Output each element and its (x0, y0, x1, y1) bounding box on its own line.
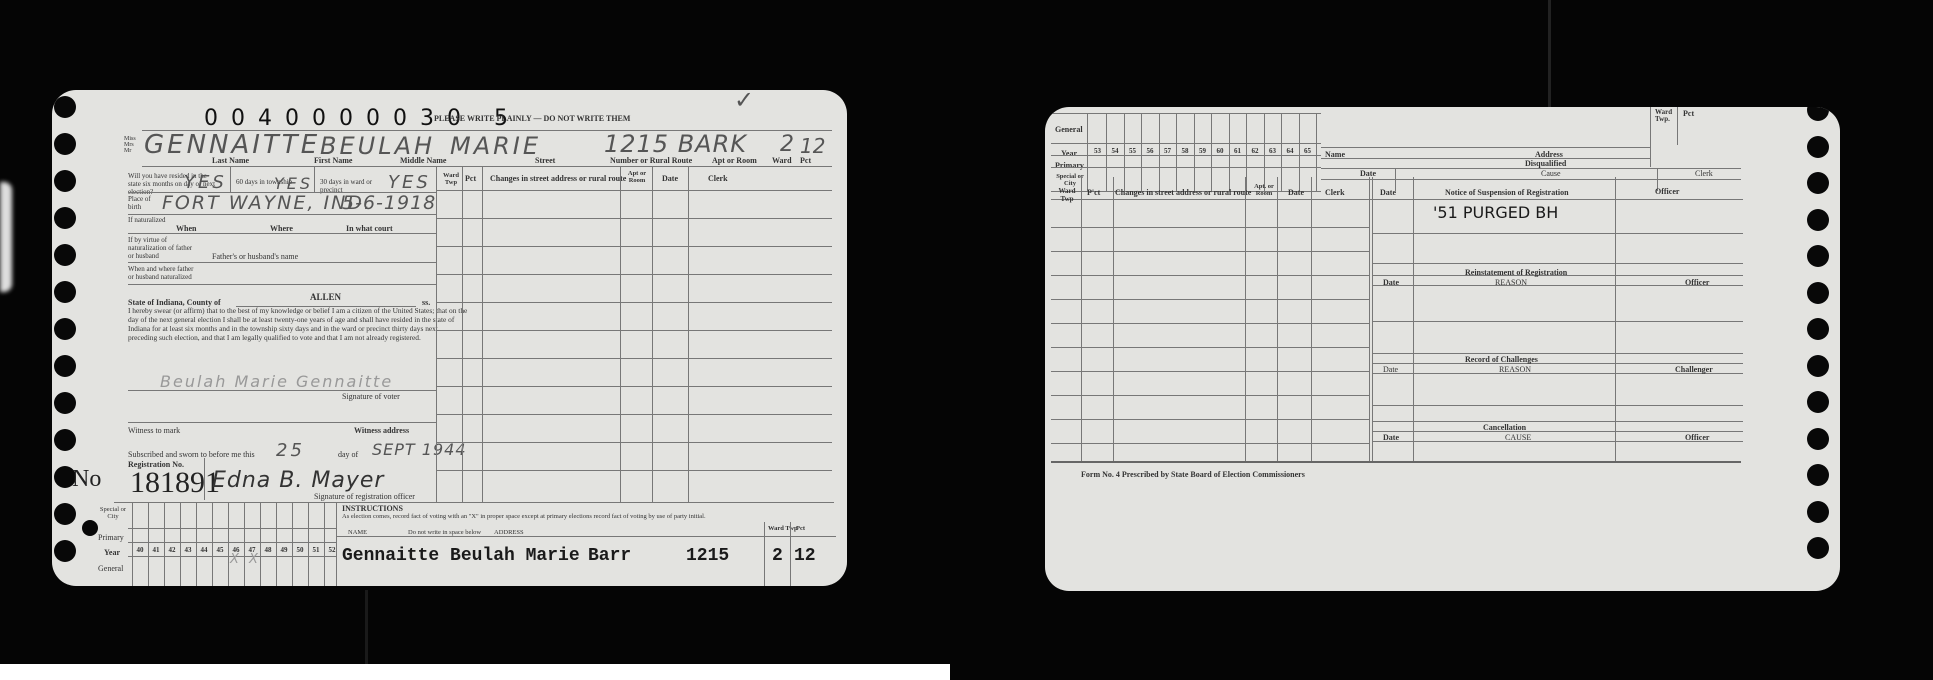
label-sworn: Subscribed and sworn to before me this (128, 450, 255, 459)
grid-year-cell: 50 (292, 546, 308, 554)
section-line (1373, 421, 1743, 422)
grid-line (1316, 113, 1317, 191)
grid-line (180, 502, 181, 586)
changes-header-clerk: Clerk (708, 174, 728, 183)
place-of-birth-value: FORT WAYNE, IND. (162, 192, 372, 214)
table-row-line (1051, 299, 1369, 300)
section-line (1373, 431, 1743, 432)
label-number: Number or Rural Route (610, 156, 692, 165)
table-row-line (436, 330, 832, 331)
typed-street: Barr (588, 546, 631, 566)
resided-state-value: YES (184, 172, 227, 193)
changes-header-pct: P'ct (1087, 188, 1100, 197)
grid-year-cell: 48 (260, 546, 276, 554)
label-court: In what court (346, 224, 393, 233)
grid-line (212, 502, 213, 586)
title-prefix-mr: Mr (124, 148, 131, 154)
registration-no-prefix: No (72, 466, 101, 493)
punch-hole (1807, 282, 1829, 304)
label-when: When (176, 224, 196, 233)
table-row-line (1051, 419, 1369, 420)
label-if-naturalized: If naturalized (128, 216, 168, 224)
grid-line (292, 502, 293, 586)
table-row-line (1051, 371, 1369, 372)
grid-year-cell: 62 (1247, 147, 1264, 155)
officer-signature: Edna B. Mayer (212, 468, 384, 493)
grid-line (1087, 113, 1088, 191)
grid-year-cell: 41 (148, 546, 164, 554)
label-cause: Cause (1541, 169, 1561, 178)
grid-line (128, 502, 336, 503)
punch-hole (54, 429, 76, 451)
label-street: Street (535, 156, 555, 165)
form-footer: Form No. 4 Prescribed by State Board of … (1081, 470, 1305, 479)
punch-hole (54, 392, 76, 414)
grid-label-year: Year (1061, 149, 1077, 158)
table-row-line (436, 274, 832, 275)
punch-hole (1807, 428, 1829, 450)
birth-date-value: 5-6-1918 (342, 192, 436, 214)
registration-card-front: 0040000030 5 PLEASE WRITE PLAINLY — DO N… (52, 90, 847, 586)
table-row-line (436, 414, 832, 415)
punch-hole (54, 318, 76, 340)
grid-year-cell: 40 (132, 546, 148, 554)
challenges-header-challenger: Challenger (1675, 365, 1713, 374)
label-where: Where (270, 224, 293, 233)
grid-line (228, 502, 229, 586)
label-address: Address (1535, 150, 1563, 159)
grid-year-cell: 42 (164, 546, 180, 554)
label-pct: Pct (1683, 109, 1694, 118)
label-date: Date (1360, 169, 1376, 178)
punch-hole (1807, 501, 1829, 523)
pct-handwritten: 12 (800, 134, 825, 158)
grid-line (260, 502, 261, 586)
grid-label-year: Year (104, 548, 120, 557)
grid-label-special: Special or City (98, 506, 128, 520)
section-line (1373, 353, 1743, 354)
sworn-day-value: 25 (276, 440, 305, 461)
punch-hole (54, 540, 76, 562)
table-row-line (1051, 347, 1369, 348)
grid-year-cell: 43 (180, 546, 196, 554)
general-vote-marks: X X (230, 552, 261, 567)
changes-header-date: Date (1288, 188, 1304, 197)
grid-year-cell: 44 (196, 546, 212, 554)
punch-hole (54, 133, 76, 155)
challenges-header-date: Date (1383, 365, 1398, 374)
cancellation-header-cause: CAUSE (1505, 433, 1531, 442)
table-row-line (436, 246, 832, 247)
address-handwritten: 1215 BARK (604, 130, 747, 158)
ward-handwritten: 2 (780, 132, 797, 157)
registration-number: 181891 (130, 466, 220, 500)
typed-name: Gennaitte Beulah Marie (342, 546, 580, 566)
table-row-line (436, 470, 832, 471)
label-apt: Apt or Room (712, 156, 757, 165)
changes-header-address: Changes in street address or rural route (490, 174, 626, 183)
table-row-line (436, 358, 832, 359)
cancellation-header-officer: Officer (1685, 433, 1709, 442)
table-row-line (436, 302, 832, 303)
suspension-entry: '51 PURGED BH (1433, 203, 1558, 222)
resided-ward-value: YES (388, 172, 431, 193)
punch-hole (54, 503, 76, 525)
instructions-heading: INSTRUCTIONS (342, 504, 403, 513)
instructions-text: As election comes, record fact of voting… (342, 513, 762, 520)
section-line (1373, 199, 1743, 200)
grid-line (148, 502, 149, 586)
reinstatement-header-officer: Officer (1685, 278, 1709, 287)
table-row-line (436, 218, 832, 219)
grid-year-cell: 45 (212, 546, 228, 554)
label-witness-address: Witness address (354, 426, 409, 435)
label-place-of-birth: Place of birth (128, 195, 158, 211)
label-witness-mark: Witness to mark (128, 426, 180, 435)
grid-year-cell: 56 (1142, 147, 1159, 155)
film-edge-glare (0, 182, 12, 292)
reinstatement-header-date: Date (1383, 278, 1399, 287)
punch-hole (54, 96, 76, 118)
table-row-line (1051, 251, 1369, 252)
changes-header-address: Changes in street address or rural route (1115, 188, 1251, 197)
label-disqualified: Disqualified (1525, 159, 1566, 168)
footer-label-pct: Pct (796, 524, 805, 533)
section-line (1373, 263, 1743, 264)
grid-year-cell: 55 (1124, 147, 1141, 155)
grid-label-general: General (98, 564, 123, 573)
punch-hole (1807, 355, 1829, 377)
punch-hole (1807, 107, 1829, 121)
label-signature-voter: Signature of voter (342, 392, 400, 401)
table-row-line (1051, 275, 1369, 276)
grid-year-cell: 52 (324, 546, 340, 554)
middle-name-handwritten: MARIE (450, 132, 541, 160)
challenges-header-reason: REASON (1499, 365, 1531, 374)
punch-hole (54, 281, 76, 303)
grid-line (128, 542, 336, 543)
punch-hole (54, 170, 76, 192)
table-row-line (436, 386, 832, 387)
label-middle-name: Middle Name (400, 156, 446, 165)
section-line (1373, 363, 1743, 364)
typed-pct: 12 (794, 546, 816, 566)
punch-hole (1807, 537, 1829, 559)
grid-line (132, 502, 133, 586)
grid-year-cell: 64 (1282, 147, 1299, 155)
label-first-name: First Name (314, 156, 352, 165)
changes-header-apt: Apt. or Room (1251, 183, 1277, 197)
changes-header-ward: Ward Twp (440, 172, 462, 186)
grid-label-primary: Primary (1055, 161, 1084, 170)
label-pct: Pct (800, 156, 811, 165)
grid-line (164, 502, 165, 586)
oath-text: I hereby swear (or affirm) that to the b… (128, 306, 468, 342)
grid-year-cell: 57 (1159, 147, 1176, 155)
grid-line (244, 502, 245, 586)
changes-header-date: Date (662, 174, 678, 183)
table-row-line (1051, 227, 1369, 228)
punch-hole (1807, 464, 1829, 486)
grid-year-cell: 60 (1212, 147, 1229, 155)
grid-line (276, 502, 277, 586)
resided-township-value: YES (274, 174, 313, 193)
suspension-header-notice: Notice of Suspension of Registration (1445, 188, 1569, 197)
changes-header-pct: Pct (465, 174, 476, 183)
section-line (1373, 233, 1743, 234)
challenges-title: Record of Challenges (1465, 355, 1538, 364)
punch-hole (1807, 172, 1829, 194)
changes-header-apt: Apt or Room (622, 170, 652, 184)
grid-line (128, 528, 336, 529)
table-row-line (436, 442, 832, 443)
suspension-header-date: Date (1380, 188, 1396, 197)
cancellation-header-date: Date (1383, 433, 1399, 442)
changes-header-clerk: Clerk (1325, 188, 1345, 197)
film-scratch (1548, 0, 1551, 110)
label-officer-signature: Signature of registration officer (314, 492, 415, 501)
changes-header-ward: Ward Twp (1053, 187, 1081, 203)
label-father-name: Father's or husband's name (212, 252, 298, 261)
typed-ward: 2 (772, 546, 783, 566)
checkmark: ✓ (734, 90, 757, 114)
grid-label-general: General (1055, 125, 1083, 134)
punch-hole (1807, 245, 1829, 267)
film-leader (0, 664, 950, 680)
grid-year-cell: 65 (1299, 147, 1316, 155)
section-line (1373, 405, 1743, 406)
reinstatement-title: Reinstatement of Registration (1465, 268, 1567, 277)
grid-line (308, 502, 309, 586)
grid-line (196, 502, 197, 586)
grid-year-cell: 49 (276, 546, 292, 554)
punch-hole (1807, 136, 1829, 158)
grid-year-cell: 53 (1089, 147, 1106, 155)
grid-label-primary: Primary (98, 533, 124, 542)
label-last-name: Last Name (212, 156, 249, 165)
section-line (1373, 321, 1743, 322)
grid-year-cell: 51 (308, 546, 324, 554)
grid-year-cell: 58 (1177, 147, 1194, 155)
grid-year-cell: 59 (1194, 147, 1211, 155)
table-row-line (1051, 323, 1369, 324)
registration-card-back: General Year Primary Special or City 535… (1045, 107, 1840, 591)
punch-hole (82, 520, 98, 536)
grid-year-cell: 54 (1107, 147, 1124, 155)
punch-hole (54, 207, 76, 229)
suspension-header-officer: Officer (1655, 187, 1679, 196)
punch-hole (1807, 391, 1829, 413)
punch-hole (54, 244, 76, 266)
footer-label-ward: Ward Twp (768, 524, 798, 533)
label-day-of: day of (338, 450, 358, 459)
punch-hole (1807, 209, 1829, 231)
label-father-naturalized: When and where father or husband natural… (128, 265, 200, 281)
punch-hole (54, 355, 76, 377)
grid-line (324, 502, 325, 586)
table-row-line (436, 190, 832, 191)
voter-signature: Beulah Marie Gennaitte (160, 372, 393, 391)
grid-year-cell: 63 (1264, 147, 1281, 155)
table-row-line (1051, 395, 1369, 396)
grid-year-cell: 61 (1229, 147, 1246, 155)
cancellation-title: Cancellation (1483, 423, 1526, 432)
label-by-virtue: If by virtue of naturalization of father… (128, 236, 194, 260)
typed-number: 1215 (686, 546, 729, 566)
label-ward: Ward (772, 156, 792, 165)
table-row-line (1051, 443, 1369, 444)
reinstatement-header-reason: REASON (1495, 278, 1527, 287)
punch-hole (1807, 318, 1829, 340)
label-clerk: Clerk (1695, 169, 1713, 178)
county-value: ALLEN (310, 293, 341, 302)
header-notice: PLEASE WRITE PLAINLY — DO NOT WRITE THEM (434, 114, 630, 123)
